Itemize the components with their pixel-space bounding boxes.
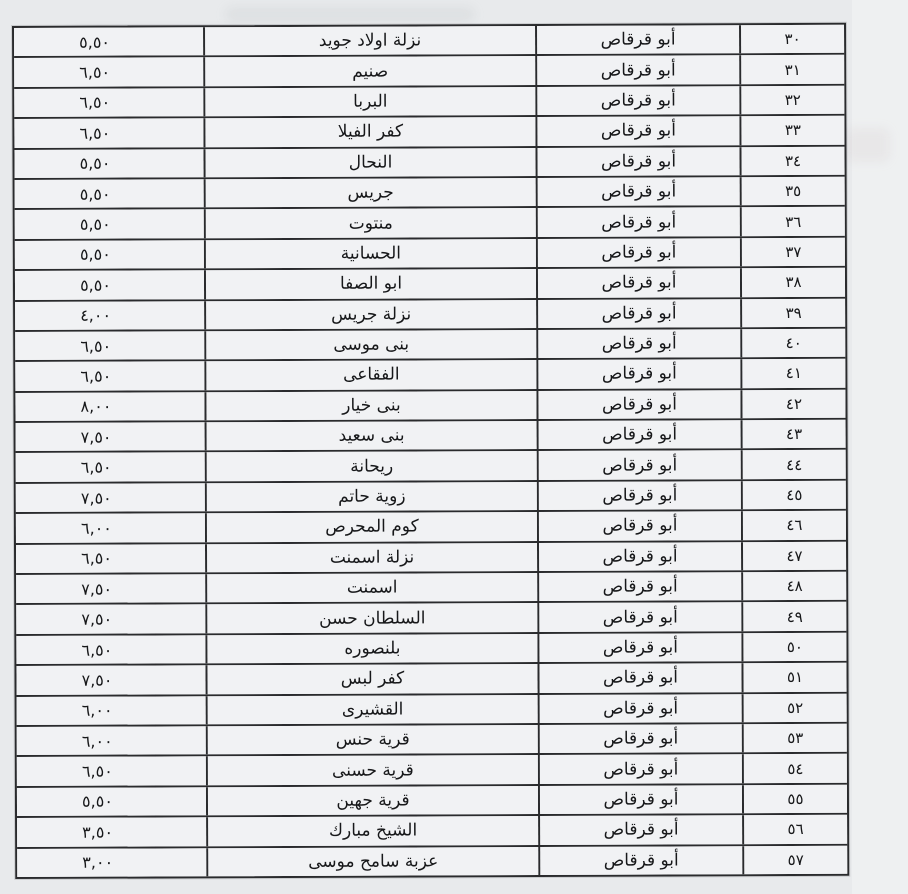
table-row: ٣٦ أبو قرقاص منتوت ٥,٥٠ (15, 207, 845, 241)
village-name-cell: كفر الفيلا (203, 117, 535, 147)
rate-value-text: ٦,٥٠ (79, 123, 110, 142)
rate-value-text: ٦,٥٠ (79, 63, 110, 82)
row-number-cell: ٥٠ (741, 633, 846, 662)
village-name-cell: بنى موسى (204, 330, 536, 360)
district-cell: أبو قرقاص (537, 663, 741, 692)
row-number-cell: ٥٥ (742, 785, 847, 814)
village-name-cell: عزبة سامح موسى (206, 847, 538, 877)
table-row: ٤٧ أبو قرقاص نزلة اسمنت ٦,٥٠ (16, 541, 846, 575)
district-cell: أبو قرقاص (536, 299, 740, 328)
rate-value-cell: ٤,٠٠ (15, 301, 204, 330)
row-number-cell: ٥٦ (742, 815, 847, 844)
rate-value-text: ٧,٥٠ (82, 671, 113, 690)
table-row: ٣٠ أبو قرقاص نزلة اولاد جويد ٥,٥٠ (14, 25, 844, 59)
village-name-cell: نزلة اولاد جويد (203, 26, 535, 56)
row-number-cell: ٣٩ (740, 298, 845, 327)
district-cell: أبو قرقاص (537, 572, 741, 601)
village-name-cell: قرية حنس (206, 725, 538, 755)
row-number-cell: ٣٨ (740, 268, 845, 297)
rate-value-text: ٥,٥٠ (80, 184, 111, 203)
rate-value-cell: ٦,٠٠ (16, 514, 205, 543)
rate-value-text: ٦,٥٠ (82, 762, 113, 781)
district-cell: أبو قرقاص (536, 268, 740, 297)
rate-value-text: ٧,٥٠ (81, 488, 112, 507)
village-name-cell: البربا (203, 87, 535, 117)
district-cell: أبو قرقاص (537, 451, 741, 480)
table-row: ٥٣ أبو قرقاص قرية حنس ٦,٠٠ (17, 724, 847, 758)
table-row: ٣٧ أبو قرقاص الحسانية ٥,٥٠ (15, 238, 845, 272)
rate-value-text: ٧,٥٠ (81, 427, 112, 446)
village-name-cell: اسمنت (205, 573, 537, 603)
table-row: ٣٥ أبو قرقاص جريس ٥,٥٠ (15, 177, 845, 211)
district-cell: أبو قرقاص (535, 116, 739, 145)
village-name-cell: نزلة جريس (204, 300, 536, 330)
rate-value-cell: ٥,٥٠ (14, 27, 203, 56)
rate-value-cell: ٦,٠٠ (17, 696, 206, 725)
village-name-cell: نزلة اسمنت (205, 543, 537, 573)
table-row: ٥٤ أبو قرقاص قرية حسنى ٦,٥٠ (17, 754, 847, 788)
row-number-cell: ٥٢ (742, 693, 847, 722)
district-cell: أبو قرقاص (536, 177, 740, 206)
district-cell: أبو قرقاص (535, 86, 739, 115)
district-cell: أبو قرقاص (536, 329, 740, 358)
district-cell: أبو قرقاص (536, 390, 740, 419)
rate-value-cell: ٧,٥٠ (16, 422, 205, 451)
rate-value-text: ٧,٥٠ (81, 579, 112, 598)
row-number-cell: ٤٨ (741, 572, 846, 601)
row-number-cell: ٤٠ (740, 329, 845, 358)
district-cell: أبو قرقاص (535, 147, 739, 176)
rate-value-text: ٦,٥٠ (81, 549, 112, 568)
rate-value-cell: ٦,٥٠ (15, 331, 204, 360)
rate-value-cell: ٥,٥٠ (15, 270, 204, 299)
rate-value-cell: ٥,٥٠ (17, 787, 206, 816)
district-cell: أبو قرقاص (536, 208, 740, 237)
row-number-cell: ٣٧ (740, 238, 845, 267)
rate-value-text: ٥,٥٠ (80, 154, 111, 173)
district-cell: أبو قرقاص (537, 481, 741, 510)
rate-value-cell: ٧,٥٠ (16, 483, 205, 512)
rate-value-cell: ٥,٥٠ (15, 210, 204, 239)
row-number-cell: ٤٢ (740, 389, 845, 418)
village-name-cell: ابو الصفا (204, 269, 536, 299)
villages-rates-table: ٣٠ أبو قرقاص نزلة اولاد جويد ٥,٥٠ ٣١ أبو… (12, 23, 849, 879)
row-number-cell: ٤٩ (741, 602, 846, 631)
table-row: ٥١ أبو قرقاص كفر لبس ٧,٥٠ (16, 663, 846, 697)
table-row: ٣٤ أبو قرقاص النحال ٥,٥٠ (14, 146, 844, 180)
village-name-cell: صنيم (203, 56, 535, 86)
rate-value-cell: ٥,٥٠ (15, 240, 204, 269)
village-name-cell: بنى خيار (204, 391, 536, 421)
district-cell: أبو قرقاص (537, 511, 741, 540)
table-row: ٤٥ أبو قرقاص زوية حاتم ٧,٥٠ (16, 481, 846, 515)
rate-value-cell: ٦,٥٠ (14, 88, 203, 117)
district-cell: أبو قرقاص (536, 360, 740, 389)
rate-value-text: ٦,٥٠ (80, 336, 111, 355)
village-name-cell: كفر لبس (205, 664, 537, 694)
rate-value-text: ٥,٥٠ (80, 215, 111, 234)
table-row: ٣٢ أبو قرقاص البربا ٦,٥٠ (14, 86, 844, 120)
rate-value-text: ٤,٠٠ (80, 306, 111, 325)
rate-value-text: ٥,٥٠ (79, 32, 110, 51)
district-cell: أبو قرقاص (535, 56, 739, 85)
table-row: ٤٢ أبو قرقاص بنى خيار ٨,٠٠ (15, 389, 845, 423)
rate-value-cell: ٦,٥٠ (14, 58, 203, 87)
rate-value-text: ٦,٠٠ (81, 519, 112, 538)
village-name-cell: منتوت (204, 208, 536, 238)
rate-value-text: ٣,٠٠ (82, 853, 113, 872)
row-number-cell: ٥٧ (742, 845, 847, 874)
village-name-cell: قرية حسنى (206, 755, 538, 785)
rate-value-text: ٥,٥٠ (80, 245, 111, 264)
table-row: ٥٥ أبو قرقاص قرية جهين ٥,٥٠ (17, 785, 847, 819)
village-name-cell: بلنصوره (205, 634, 537, 664)
village-name-cell: النحال (203, 148, 535, 178)
rate-value-text: ٦,٥٠ (80, 367, 111, 386)
rate-value-cell: ٦,٥٠ (16, 635, 205, 664)
district-cell: أبو قرقاص (537, 542, 741, 571)
table-row: ٤٦ أبو قرقاص كوم المحرص ٦,٠٠ (16, 511, 846, 545)
district-cell: أبو قرقاص (538, 846, 742, 875)
table-row: ٤٩ أبو قرقاص السلطان حسن ٧,٥٠ (16, 602, 846, 636)
rate-value-cell: ٣,٠٠ (17, 848, 206, 877)
village-name-cell: زوية حاتم (205, 482, 537, 512)
row-number-cell: ٣٤ (739, 146, 844, 175)
rate-value-text: ٦,٥٠ (79, 93, 110, 112)
district-cell: أبو قرقاص (537, 603, 741, 632)
row-number-cell: ٤٧ (741, 541, 846, 570)
row-number-cell: ٤١ (740, 359, 845, 388)
row-number-cell: ٣٢ (739, 86, 844, 115)
scanned-page: ٣٠ أبو قرقاص نزلة اولاد جويد ٥,٥٠ ٣١ أبو… (0, 0, 908, 894)
table-row: ٤٠ أبو قرقاص بنى موسى ٦,٥٠ (15, 329, 845, 363)
table-row: ٣١ أبو قرقاص صنيم ٦,٥٠ (14, 55, 844, 89)
row-number-cell: ٣٣ (739, 116, 844, 145)
rate-value-cell: ٥,٥٠ (15, 179, 204, 208)
village-name-cell: السلطان حسن (205, 603, 537, 633)
row-number-cell: ٥٤ (742, 754, 847, 783)
village-name-cell: القشيرى (206, 695, 538, 725)
table-row: ٣٣ أبو قرقاص كفر الفيلا ٦,٥٠ (14, 116, 844, 150)
village-name-cell: قرية جهين (206, 786, 538, 816)
rate-value-text: ٦,٥٠ (81, 640, 112, 659)
rate-value-cell: ٦,٥٠ (17, 757, 206, 786)
rate-value-text: ٥,٥٠ (82, 792, 113, 811)
rate-value-cell: ٦,٥٠ (15, 362, 204, 391)
village-name-cell: بنى سعيد (205, 421, 537, 451)
district-cell: أبو قرقاص (538, 785, 742, 814)
row-number-cell: ٤٥ (741, 481, 846, 510)
district-cell: أبو قرقاص (536, 238, 740, 267)
district-cell: أبو قرقاص (537, 633, 741, 662)
row-number-cell: ٥١ (741, 663, 846, 692)
district-cell: أبو قرقاص (535, 25, 739, 54)
table-row: ٤٣ أبو قرقاص بنى سعيد ٧,٥٠ (16, 420, 846, 454)
table-row: ٤١ أبو قرقاص الفقاعى ٦,٥٠ (15, 359, 845, 393)
rate-value-text: ٦,٠٠ (82, 701, 113, 720)
village-name-cell: كوم المحرص (205, 512, 537, 542)
district-cell: أبو قرقاص (538, 694, 742, 723)
district-cell: أبو قرقاص (537, 420, 741, 449)
row-number-cell: ٤٦ (741, 511, 846, 540)
table-row: ٣٨ أبو قرقاص ابو الصفا ٥,٥٠ (15, 268, 845, 302)
rate-value-cell: ٧,٥٠ (16, 665, 205, 694)
rate-value-cell: ٦,٥٠ (16, 453, 205, 482)
table-row: ٥٧ أبو قرقاص عزبة سامح موسى ٣,٠٠ (17, 845, 847, 877)
rate-value-text: ٦,٥٠ (81, 458, 112, 477)
row-number-cell: ٤٤ (741, 450, 846, 479)
rate-value-cell: ٥,٥٠ (14, 149, 203, 178)
table-row: ٣٩ أبو قرقاص نزلة جريس ٤,٠٠ (15, 298, 845, 332)
rate-value-cell: ٦,٥٠ (16, 544, 205, 573)
row-number-cell: ٣٠ (739, 25, 844, 54)
village-name-cell: الفقاعى (204, 360, 536, 390)
row-number-cell: ٣٥ (740, 177, 845, 206)
village-name-cell: الحسانية (204, 239, 536, 269)
rate-value-cell: ٧,٥٠ (16, 605, 205, 634)
table-row: ٥٢ أبو قرقاص القشيرى ٦,٠٠ (17, 693, 847, 727)
rate-value-cell: ٦,٠٠ (17, 726, 206, 755)
rate-value-text: ٥,٥٠ (80, 275, 111, 294)
rate-value-cell: ٧,٥٠ (16, 574, 205, 603)
row-number-cell: ٣١ (739, 55, 844, 84)
village-name-cell: الشيخ مبارك (206, 816, 538, 846)
rate-value-text: ٨,٠٠ (80, 397, 111, 416)
table-row: ٤٤ أبو قرقاص ريحانة ٦,٥٠ (16, 450, 846, 484)
table-row: ٤٨ أبو قرقاص اسمنت ٧,٥٠ (16, 572, 846, 606)
village-name-cell: ريحانة (205, 451, 537, 481)
district-cell: أبو قرقاص (538, 724, 742, 753)
row-number-cell: ٥٣ (742, 724, 847, 753)
district-cell: أبو قرقاص (538, 815, 742, 844)
paper-right-margin (852, 0, 908, 894)
row-number-cell: ٣٦ (740, 207, 845, 236)
rate-value-text: ٦,٠٠ (82, 731, 113, 750)
scan-smudge-top (225, 7, 475, 22)
village-name-cell: جريس (204, 178, 536, 208)
rate-value-cell: ٨,٠٠ (15, 392, 204, 421)
rate-value-cell: ٣,٥٠ (17, 817, 206, 846)
table-row: ٥٦ أبو قرقاص الشيخ مبارك ٣,٥٠ (17, 815, 847, 849)
rate-value-text: ٣,٥٠ (82, 822, 113, 841)
row-number-cell: ٤٣ (741, 420, 846, 449)
rate-value-cell: ٦,٥٠ (14, 118, 203, 147)
district-cell: أبو قرقاص (538, 755, 742, 784)
table-row: ٥٠ أبو قرقاص بلنصوره ٦,٥٠ (16, 633, 846, 667)
rate-value-text: ٧,٥٠ (81, 610, 112, 629)
